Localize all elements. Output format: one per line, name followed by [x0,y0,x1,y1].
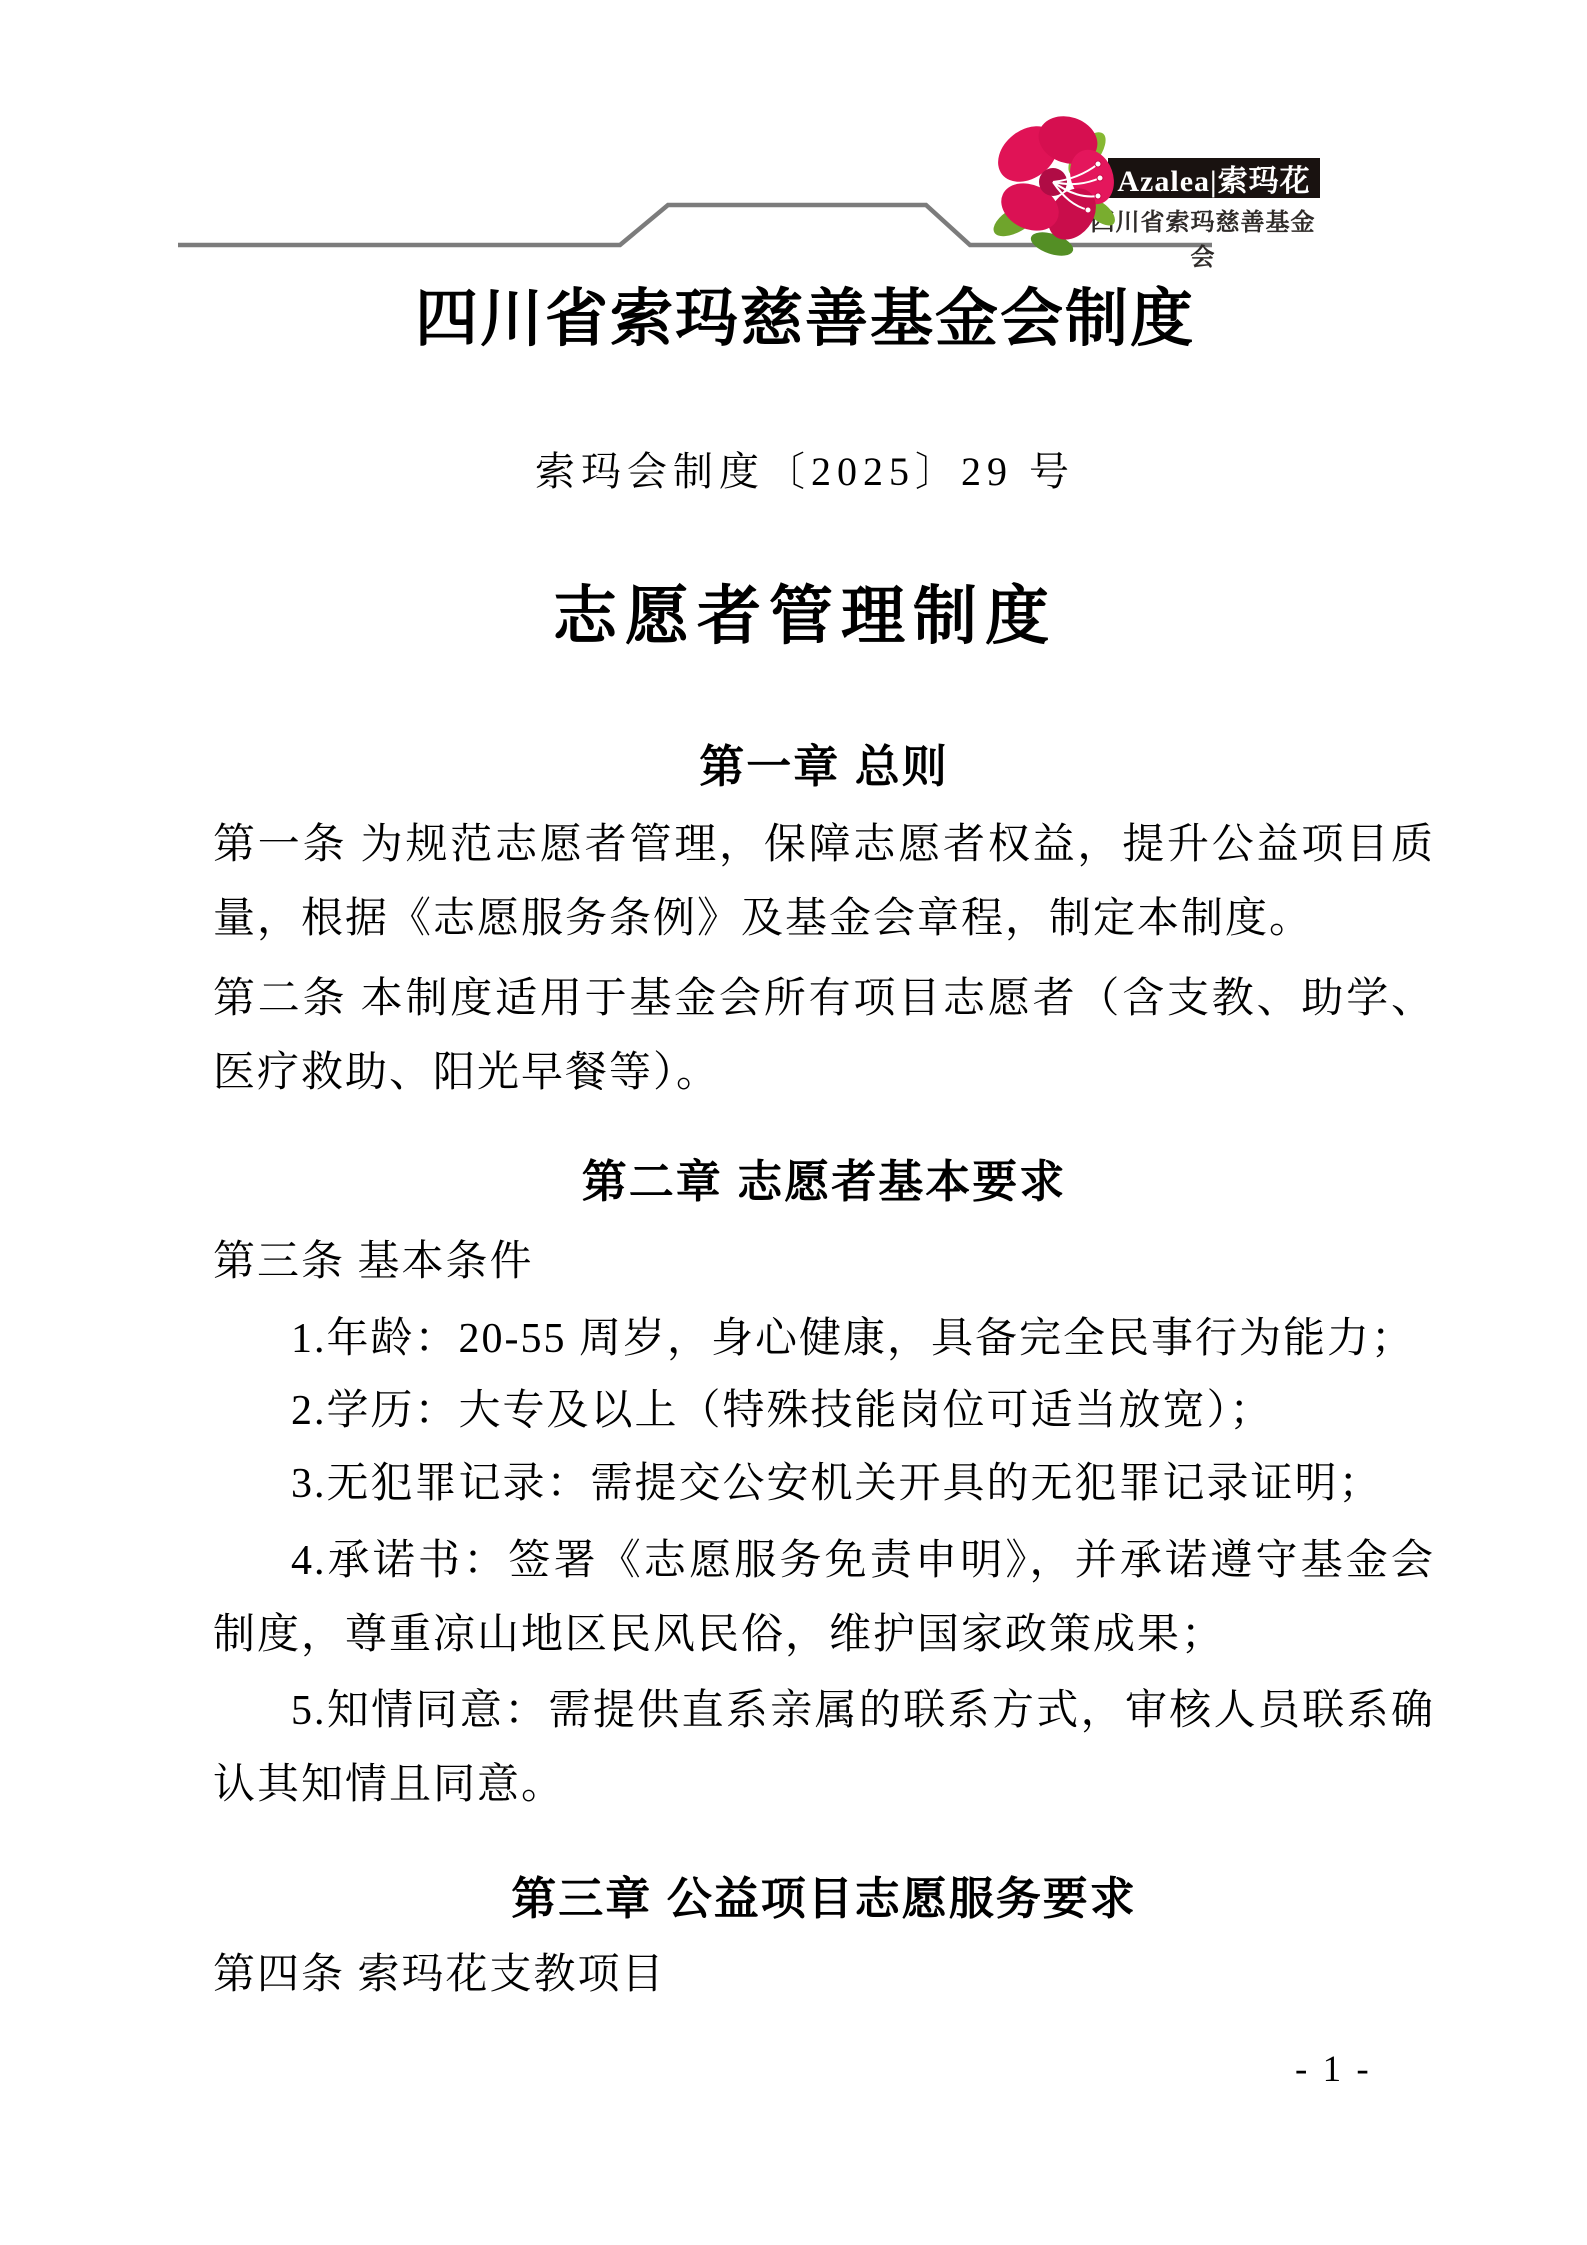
chapter-1-heading: 第一章 总则 [213,742,1435,792]
requirement-item-1: 1.年龄：20-55 周岁，身心健康，具备完全民事行为能力； [213,1302,1435,1376]
article-4-heading: 第四条 索玛花支教项目 [213,1938,1435,2012]
foundation-logo: Azalea|索玛花 四川省索玛慈善基金会 [985,100,1335,270]
logo-brand-text: Azalea|索玛花 [1117,156,1310,200]
azalea-flower-icon [990,102,1125,267]
article-1-paragraph: 第一条 为规范志愿者管理，保障志愿者权益，提升公益项目质量，根据《志愿服务条例》… [213,808,1435,956]
doc-title: 志愿者管理制度 [15,583,1587,650]
article-2-paragraph: 第二条 本制度适用于基金会所有项目志愿者（含支教、助学、医疗救助、阳光早餐等）。 [213,962,1435,1110]
chapter-3-heading: 第三章 公益项目志愿服务要求 [213,1874,1435,1924]
article-3-heading: 第三条 基本条件 [213,1225,1435,1299]
page-number: - 1 - [1295,2048,1372,2091]
requirement-item-3: 3.无犯罪记录：需提交公安机关开具的无犯罪记录证明； [213,1447,1435,1521]
document-page: Azalea|索玛花 四川省索玛慈善基金会 [0,0,1587,2245]
requirement-item-2: 2.学历：大专及以上（特殊技能岗位可适当放宽）； [213,1374,1435,1448]
doc-number: 索玛会制度〔2025〕29 号 [15,451,1587,493]
requirement-item-5: 5.知情同意：需提供直系亲属的联系方式，审核人员联系确认其知情且同意。 [213,1674,1435,1822]
main-title: 四川省索玛慈善基金会制度 [15,286,1587,352]
requirement-item-4: 4.承诺书：签署《志愿服务免责申明》，并承诺遵守基金会制度，尊重凉山地区民风民俗… [213,1524,1435,1672]
chapter-2-heading: 第二章 志愿者基本要求 [213,1157,1435,1207]
logo-brand-bar: Azalea|索玛花 [1108,158,1320,198]
